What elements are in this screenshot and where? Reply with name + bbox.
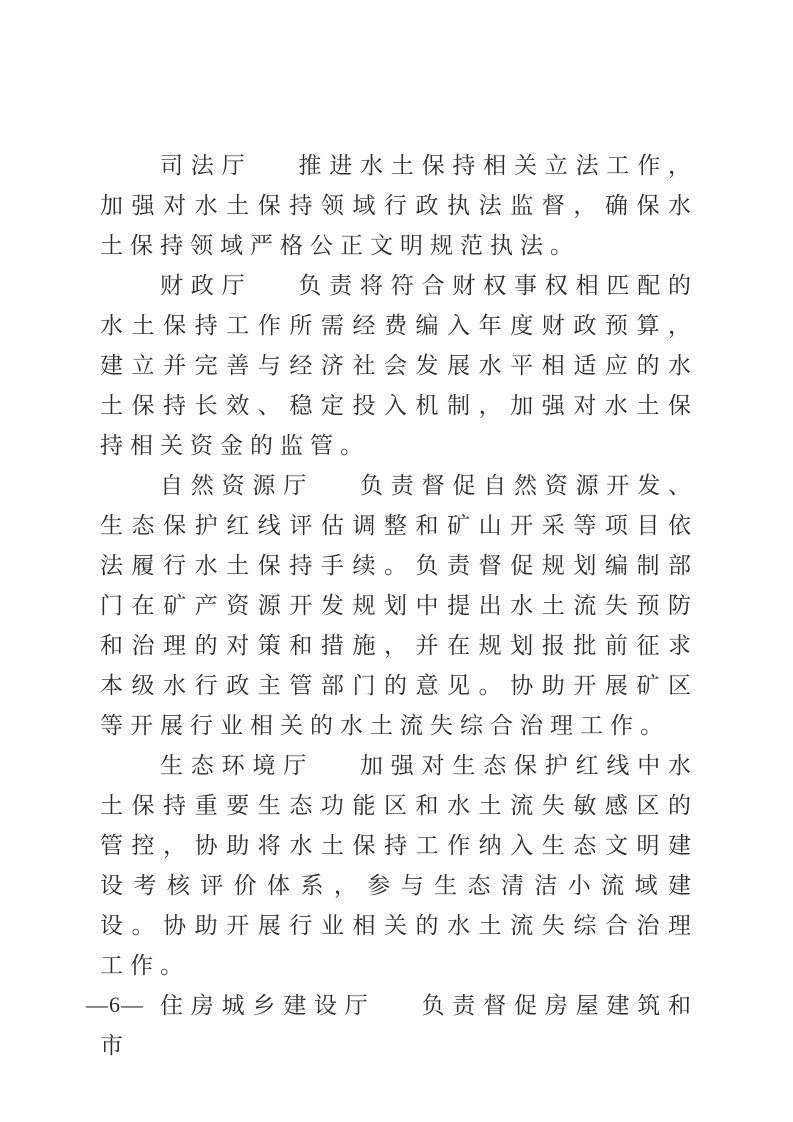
paragraph-text: 负责将符合财权事权相匹配的水土保持工作所需经费编入年度财政预算，建立并完善与经济… [100,273,698,458]
paragraph-text: 加强对生态保护红线中水土保持重要生态功能区和水土流失敏感区的管控，协助将水土保持… [100,753,698,978]
department-name: 自然资源厅 [160,473,314,498]
document-body: 司法厅推进水土保持相关立法工作，加强对水土保持领域行政执法监督，确保水土保持领域… [100,146,698,1066]
paragraph-caizhengting: 财政厅负责将符合财权事权相匹配的水土保持工作所需经费编入年度财政预算，建立并完善… [100,266,698,466]
paragraph-text: 负责督促自然资源开发、生态保护红线评估调整和矿山开采等项目依法履行水土保持手续。… [100,473,698,738]
document-page: 司法厅推进水土保持相关立法工作，加强对水土保持领域行政执法监督，确保水土保持领域… [0,0,793,1122]
department-name: 司法厅 [160,153,252,178]
paragraph-shengtaihuanjingting: 生态环境厅加强对生态保护红线中水土保持重要生态功能区和水土流失敏感区的管控，协助… [100,746,698,986]
paragraph-sifating: 司法厅推进水土保持相关立法工作，加强对水土保持领域行政执法监督，确保水土保持领域… [100,146,698,266]
page-number: —6— [86,992,144,1018]
paragraph-ziranziyuanting: 自然资源厅负责督促自然资源开发、生态保护红线评估调整和矿山开采等项目依法履行水土… [100,466,698,746]
department-name: 财政厅 [160,273,252,298]
department-name: 住房城乡建设厅 [160,993,376,1018]
department-name: 生态环境厅 [160,753,314,778]
paragraph-zhufangchengxiangjianshting: 住房城乡建设厅负责督促房屋建筑和市 [100,986,698,1066]
